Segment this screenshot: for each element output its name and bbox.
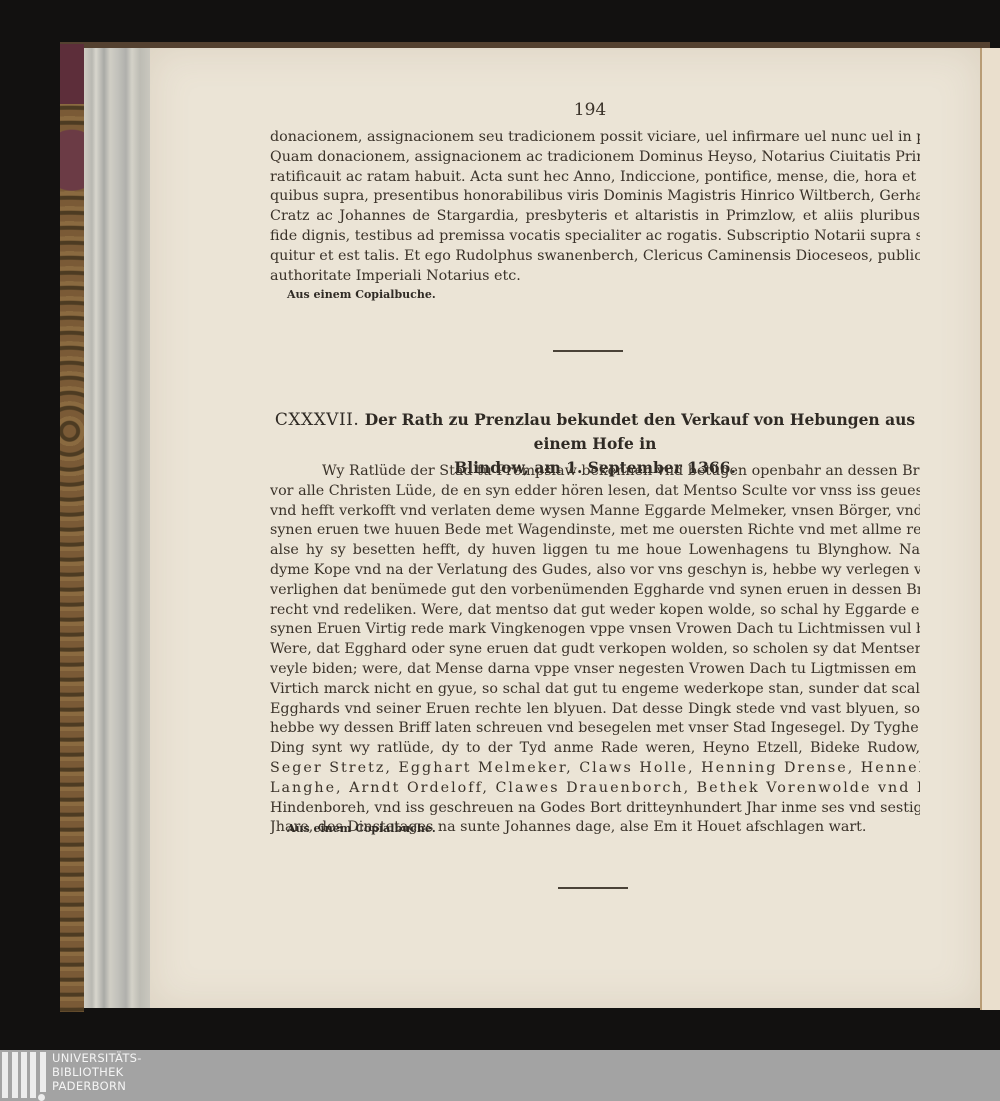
text-line: Egghards vnd seiner Eruen rechte len bly… (270, 700, 920, 720)
preceding-paragraph: donacionem, assignacionem seu tradicione… (270, 128, 920, 286)
library-footer (0, 1050, 1000, 1101)
text-line: synen Eruen Virtig rede mark Vingkenogen… (270, 620, 920, 640)
text-line: synen eruen twe huuen Bede met Wagendins… (270, 521, 920, 541)
page-number: 194 (560, 100, 620, 120)
logo-dot-icon (38, 1094, 45, 1101)
document-title-line1: Der Rath zu Prenzlau bekundet den Verkau… (365, 410, 915, 453)
page-stack-edges (84, 48, 150, 1008)
document-number: CXXXVII. (275, 410, 359, 430)
marbled-book-cover (60, 44, 84, 1012)
text-line: Cratz ac Johannes de Stargardia, presbyt… (270, 207, 920, 227)
text-line: Seger Stretz, Egghart Melmeker, Claws Ho… (270, 759, 920, 779)
text-line: Virtich marck nicht en gyue, so schal da… (270, 680, 920, 700)
source-note: Aus einem Copialbuche. (287, 822, 436, 835)
document-paragraph: Wy Ratlüde der Stad tu Prempslaw bekenne… (270, 462, 920, 838)
section-divider (558, 887, 628, 889)
text-line: authoritate Imperiali Notarius etc. (270, 267, 920, 287)
text-line: donacionem, assignacionem seu tradicione… (270, 128, 920, 148)
text-line: Were, dat Egghard oder syne eruen dat gu… (270, 640, 920, 660)
facing-page-edge (980, 48, 1000, 1010)
text-line: quibus supra, presentibus honorabilibus … (270, 187, 920, 207)
text-line: hebbe wy dessen Briff laten schreuen vnd… (270, 719, 920, 739)
text-line: quitur et est talis. Et ego Rudolphus sw… (270, 247, 920, 267)
text-line: vor alle Christen Lüde, de en syn edder … (270, 482, 920, 502)
library-name-line2: BIBLIOTHEK (52, 1065, 142, 1079)
text-line: Langhe, Arndt Ordeloff, Clawes Drauenbor… (270, 779, 920, 799)
section-divider (553, 350, 623, 352)
library-name-line1: UNIVERSITÄTS- (52, 1051, 142, 1065)
university-library-logo-icon (2, 1052, 46, 1100)
text-line: Hindenboreh, vnd iss geschreuen na Godes… (270, 799, 920, 819)
library-name: UNIVERSITÄTS- BIBLIOTHEK PADERBORN (52, 1051, 142, 1093)
library-name-line3: PADERBORN (52, 1079, 142, 1093)
preceding-document-text: donacionem, assignacionem seu tradicione… (270, 128, 920, 286)
text-line: Ding synt wy ratlüde, dy to der Tyd anme… (270, 739, 920, 759)
text-line: fide dignis, testibus ad premissa vocati… (270, 227, 920, 247)
document-body: Wy Ratlüde der Stad tu Prempslaw bekenne… (270, 462, 920, 838)
text-line: ratificauit ac ratam habuit. Acta sunt h… (270, 168, 920, 188)
text-line: Quam donacionem, assignacionem ac tradic… (270, 148, 920, 168)
text-line: vnd hefft verkofft vnd verlaten deme wys… (270, 502, 920, 522)
text-line: alse hy sy besetten hefft, dy huven ligg… (270, 541, 920, 561)
heading-line-1: CXXXVII. Der Rath zu Prenzlau bekundet d… (270, 408, 920, 456)
text-line: verlighen dat benümede gut den vorbenüme… (270, 581, 920, 601)
text-line: dyme Kope vnd na der Verlatung des Gudes… (270, 561, 920, 581)
text-line: recht vnd redeliken. Were, dat mentso da… (270, 601, 920, 621)
text-line: veyle biden; were, dat Mense darna vppe … (270, 660, 920, 680)
text-line: Wy Ratlüde der Stad tu Prempslaw bekenne… (270, 462, 920, 482)
source-note: Aus einem Copialbuche. (287, 288, 436, 301)
